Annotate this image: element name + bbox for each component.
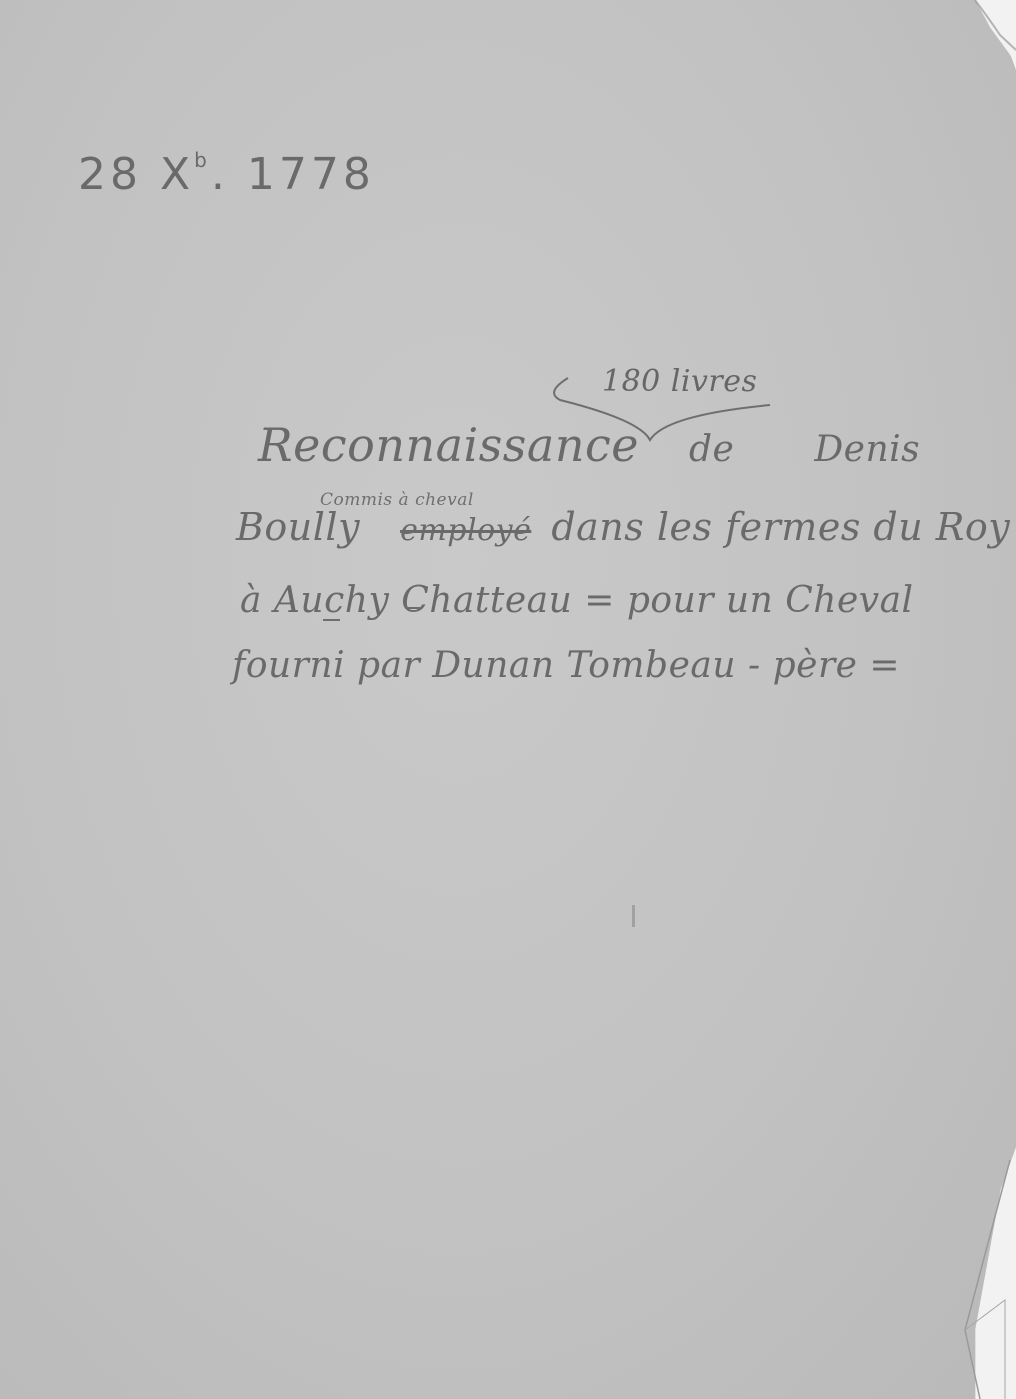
amount-annotation: 180 livres	[602, 364, 757, 399]
date-day: 28	[78, 149, 142, 200]
line1-word2: de	[689, 429, 734, 470]
struck-word: employé	[400, 513, 531, 548]
date-month-superscript: b	[194, 148, 211, 172]
line2-name: Boully	[236, 505, 360, 549]
body-line-4: fourni par Dunan Tombeau - père =	[232, 645, 900, 686]
manuscript-page	[0, 0, 1016, 1399]
body-line-2: Boullyemployédans les fermes du Roy	[236, 505, 1010, 549]
line1-word3: Denis	[814, 429, 920, 470]
body-line-1: ReconnaissancedeDenis	[258, 418, 920, 472]
document-date: 28 Xb. 1778	[78, 148, 375, 200]
paper-speck	[632, 905, 635, 927]
date-month: X	[160, 149, 194, 200]
date-year: 1778	[247, 149, 375, 200]
line1-word1: Reconnaissance	[258, 418, 639, 472]
body-line-3: à Auchy Chatteau = pour un Cheval	[240, 580, 914, 621]
line2-rest: dans les fermes du Roy	[551, 505, 1010, 549]
